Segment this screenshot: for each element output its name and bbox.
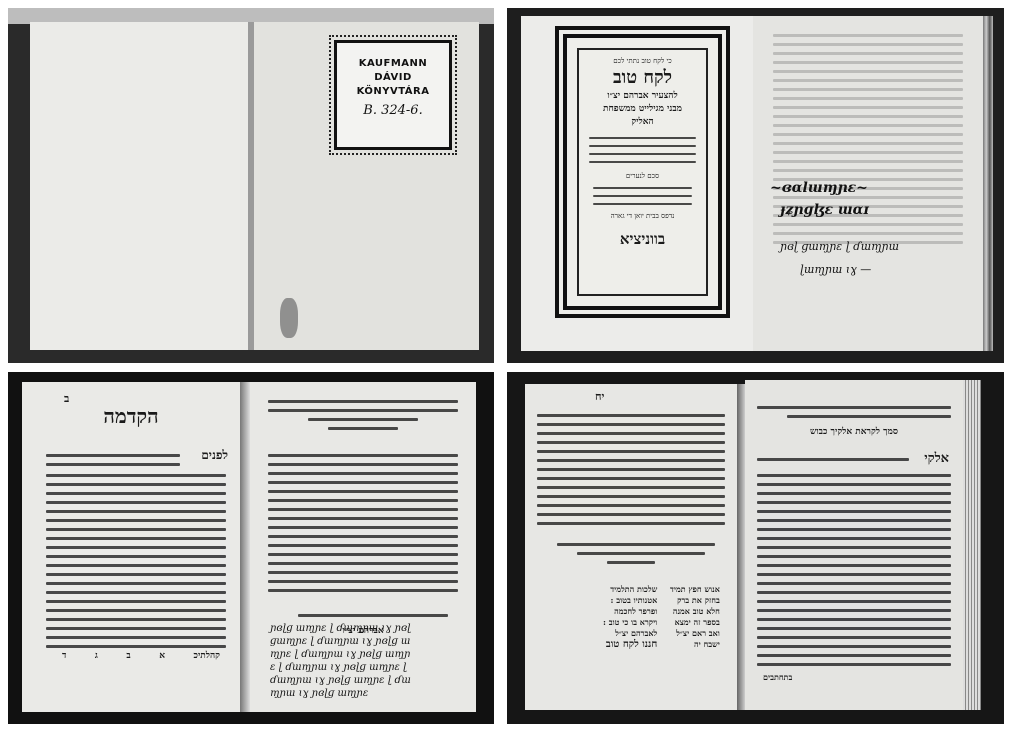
printer-line: נדפס בבית יואן די גארה <box>585 211 700 221</box>
catchword: בתחתבים <box>763 672 792 682</box>
poem-left-column: שלכות התלמיד אטנותיו בטוב : ופרפר לחכמה … <box>603 584 657 650</box>
bookplate-line3: KÖNYVTÁRA <box>337 85 449 99</box>
intro-first-word: לפנים <box>201 448 228 463</box>
page-edges <box>983 16 993 351</box>
middle-text: סכם לנערים <box>585 171 700 181</box>
intro-left-page: ב הקדמה לפנים קהלתיכ א ב ג ד <box>22 382 240 712</box>
panel-introduction: ב הקדמה לפנים קהלתיכ א ב ג ד אברהם יצ״ו <box>8 372 494 724</box>
page-number: יח <box>595 390 604 403</box>
bookplate-line1: KAUFMANN <box>337 57 449 71</box>
family-line: מבני מגילייט ממשפחת <box>585 103 700 116</box>
handwritten-note-4: ɭɯɱɲɯ ɩɣ — <box>800 263 871 276</box>
shelfmark: B. 324-6. <box>337 103 449 118</box>
stain <box>280 298 298 338</box>
spine-gutter <box>240 382 250 712</box>
book-title: לקח טוב <box>585 66 700 90</box>
panel-poem-spread: יח שלכות התלמיד אטנותיו בטוב : ופרפר לחכ… <box>507 372 1004 724</box>
poem-right-page: סמך לקראת אלקיך כבוש אלקי בתחתבים <box>745 380 963 710</box>
author-line: להצעיר אברהם יצ״ו <box>585 90 700 103</box>
bookplate: KAUFMANN DÁVID KÖNYVTÁRA B. 324-6. <box>334 40 452 150</box>
title-motto: כי לקח טוב נתתי לכם <box>585 56 700 66</box>
intro-heading: הקדמה <box>22 404 240 429</box>
page-edges <box>963 380 981 710</box>
place-name: האליק <box>585 116 700 129</box>
section-heading: סמך לקראת אלקיך כבוש <box>745 426 963 437</box>
ornamental-border: כי לקח טוב נתתי לכם לקח טוב להצעיר אברהם… <box>555 26 730 318</box>
poem-right-column: אנוש חפץ תמיד בחזק את ברק חלא טוב אמנה ב… <box>670 584 720 650</box>
handwritten-colophon: ɲɞɭɡ ɯɱɲɛ ɭ ɗɯɱɲɯ ɩɣ ɲɞɭɡɯɱɲɛ ɭ ɗɯɱɲɯ ɩɣ… <box>270 622 411 700</box>
handwritten-note-1: ~ɞɑlɯɱɲɛ~ <box>770 180 868 196</box>
handwritten-note-2: ɟʑɲɡɮɛ ɯɑɪ <box>780 202 869 218</box>
first-word: אלקי <box>924 450 949 466</box>
city-name: בווניציא <box>585 227 700 251</box>
endpaper-left <box>30 22 248 350</box>
spine-gutter <box>737 384 745 710</box>
handwritten-note-3: ɲɞɭ ɡɯɱɲɛ ɭ ɗɯɱɲɯ <box>780 240 899 253</box>
bookplate-line2: DÁVID <box>337 71 449 85</box>
catchword: קהלתיכ <box>194 650 220 661</box>
poem-left-page: יח שלכות התלמיד אטנותיו בטוב : ופרפר לחכ… <box>525 384 737 710</box>
signature-marks: קהלתיכ א ב ג ד <box>62 650 220 661</box>
